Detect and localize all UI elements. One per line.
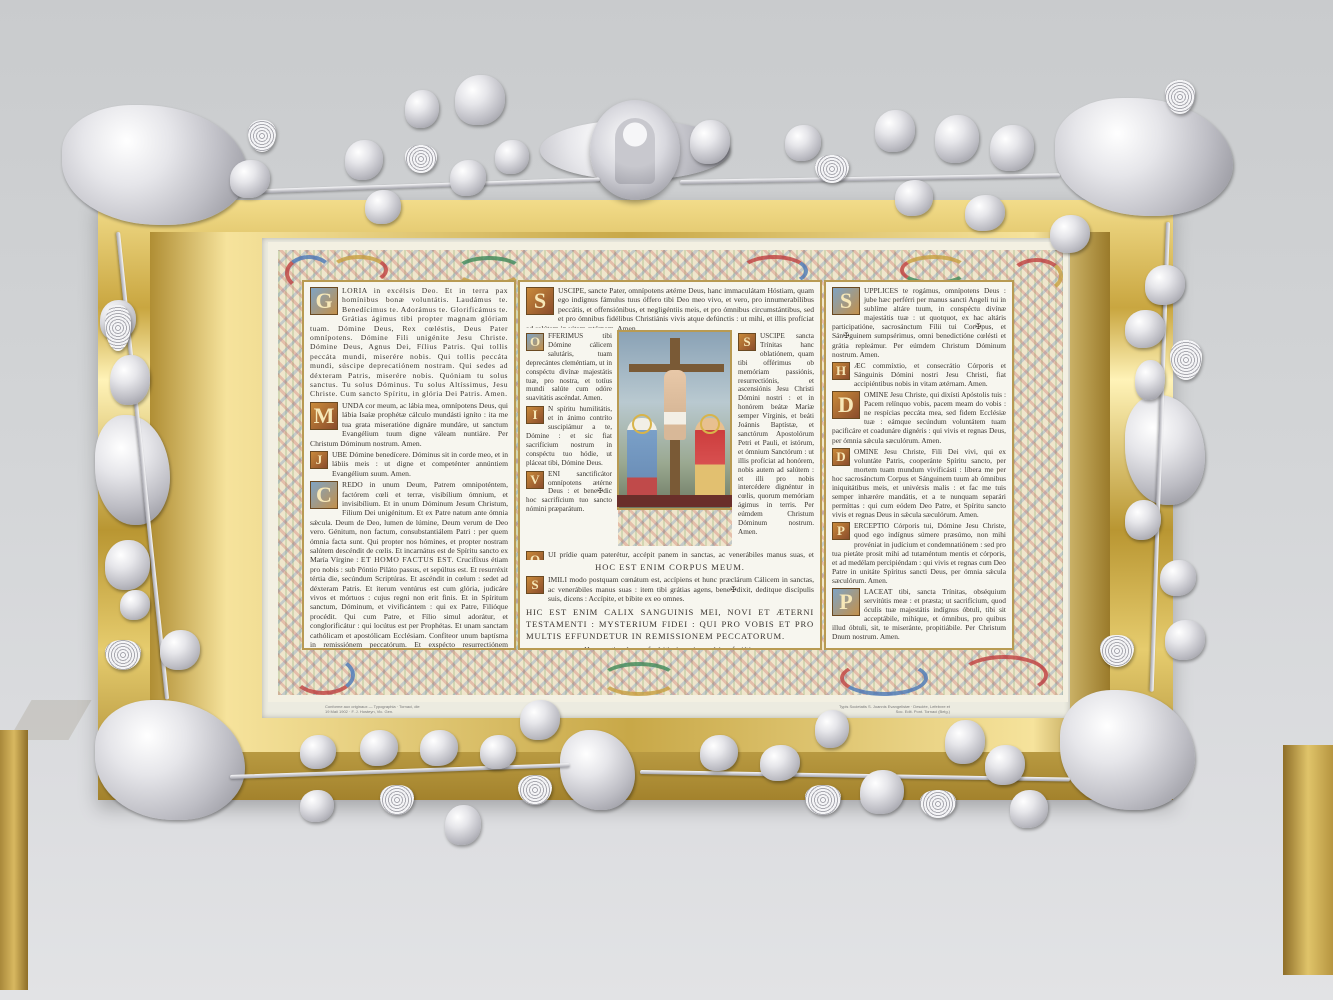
vine-leaf bbox=[480, 735, 516, 769]
center-left-prayers: OFFERIMUS tibi Dómine cálicem salutáris,… bbox=[518, 328, 618, 548]
vine-leaf bbox=[985, 745, 1025, 785]
right-column-prayers: SUPPLICES te rogámus, omnípotens Deus : … bbox=[824, 280, 1014, 650]
vine-leaf bbox=[455, 75, 505, 125]
prayer-in-spiritu: IN spíritu humilitátis, et in ánimo cont… bbox=[526, 405, 612, 467]
illuminated-initial: H bbox=[832, 362, 850, 380]
prayer-jube: JUBE Dómine benedícere. Dóminus sit in c… bbox=[310, 450, 508, 478]
vine-leaf bbox=[300, 790, 334, 822]
prayer-munda-cor: MUNDA cor meum, ac lábia mea, omnípotens… bbox=[310, 401, 508, 448]
vine-leaf bbox=[1160, 560, 1196, 596]
vine-leaf bbox=[935, 115, 979, 163]
prayer-simili: SIMILI modo postquam cœnátum est, accípi… bbox=[526, 575, 814, 603]
vine-leaf bbox=[110, 355, 150, 405]
vine-leaf bbox=[1135, 360, 1165, 400]
vine-leaf bbox=[450, 160, 486, 196]
vine-leaf bbox=[230, 160, 270, 198]
prayer-veni: VENI sanctificátor omnípotens ætérne Deu… bbox=[526, 470, 612, 515]
vine-leaf bbox=[700, 735, 738, 771]
center-suscipe-pater: SUSCIPE, sancte Pater, omnípotens ætérne… bbox=[518, 280, 822, 330]
adjacent-frame-left bbox=[0, 730, 28, 990]
flourish-ornament bbox=[960, 655, 1048, 695]
vine-leaf bbox=[785, 125, 821, 161]
vine-leaf bbox=[690, 120, 730, 164]
prayer-domine-fili: DOMINE Jesu Christe, Fili Dei vivi, qui … bbox=[832, 447, 1006, 520]
left-column-prayers: GLORIA in excélsis Deo. Et in terra pax … bbox=[302, 280, 516, 650]
center-consecration-words: HOC EST ENIM CORPUS MEUM. SIMILI modo po… bbox=[518, 560, 822, 650]
vine-leaf bbox=[1145, 265, 1185, 305]
illuminated-initial: S bbox=[526, 287, 554, 315]
flourish-ornament bbox=[600, 662, 678, 696]
adjacent-frame-right bbox=[1283, 745, 1333, 975]
printer-note-left: Conforme aux originaux — Typographia · T… bbox=[325, 704, 425, 714]
prayer-credo: CREDO in unum Deum, Patrem omnipoténtem,… bbox=[310, 480, 508, 650]
crucifixion-picture bbox=[617, 330, 732, 510]
center-right-prayers: SUSCIPE sancta Trínitas hanc oblatiónem,… bbox=[732, 328, 822, 548]
halo-icon bbox=[632, 414, 652, 434]
christ-figure bbox=[664, 370, 686, 440]
picture-caption-band bbox=[617, 495, 732, 507]
haec-quotiescumque: Hæc quotiescúmque fecéritis, in mei memó… bbox=[526, 645, 814, 650]
vine-leaf bbox=[1165, 620, 1205, 660]
illuminated-initial: S bbox=[526, 576, 544, 594]
illuminated-initial: C bbox=[310, 481, 338, 509]
vine-leaf bbox=[405, 90, 439, 128]
prayer-haec-commixtio: HÆC commíxtio, et consecrátio Córporis e… bbox=[832, 361, 1006, 388]
halo-icon bbox=[700, 414, 720, 434]
vine-leaf bbox=[875, 110, 915, 152]
vine-leaf bbox=[965, 195, 1005, 231]
vine-leaf bbox=[120, 590, 150, 620]
prayer-offerimus: OFFERIMUS tibi Dómine cálicem salutáris,… bbox=[526, 332, 612, 403]
illuminated-initial: J bbox=[310, 451, 328, 469]
vine-leaf bbox=[445, 805, 481, 845]
prayer-domine-pacem: DOMINE Jesu Christe, qui dixísti Apóstol… bbox=[832, 390, 1006, 445]
praying-figure-relief bbox=[615, 118, 655, 184]
prayer-placeat: PLACEAT tibi, sancta Trínitas, obséquium… bbox=[832, 587, 1006, 642]
illuminated-initial: S bbox=[832, 287, 860, 315]
vine-leaf bbox=[360, 730, 398, 766]
illuminated-initial: S bbox=[738, 333, 756, 351]
prayer-gloria: GLORIA in excélsis Deo. Et in terra pax … bbox=[310, 286, 508, 399]
vine-leaf bbox=[160, 630, 200, 670]
vine-leaf bbox=[365, 190, 401, 224]
vine-leaf bbox=[300, 735, 336, 769]
vine-leaf bbox=[860, 770, 904, 814]
consecration-chalice: HIC EST ENIM CALIX SANGUINIS MEI, NOVI E… bbox=[526, 606, 814, 642]
illuminated-initial: P bbox=[832, 522, 850, 540]
prayer-perceptio: PERCEPTIO Córporis tui, Dómine Jesu Chri… bbox=[832, 521, 1006, 585]
prayer-suscipe-trinitas: SUSCIPE sancta Trínitas hanc oblatiónem,… bbox=[738, 332, 814, 537]
flourish-ornament bbox=[840, 660, 928, 696]
vine-leaf bbox=[760, 745, 800, 781]
illuminated-initial: V bbox=[526, 471, 544, 489]
vine-leaf bbox=[105, 540, 150, 590]
vine-leaf bbox=[1125, 310, 1165, 348]
vine-leaf bbox=[990, 125, 1034, 171]
vine-leaf bbox=[1125, 500, 1161, 540]
prayer-supplices: SUPPLICES te rogámus, omnípotens Deus : … bbox=[832, 286, 1006, 359]
vine-leaf bbox=[1050, 215, 1090, 253]
vine-leaf bbox=[1010, 790, 1048, 828]
vine-leaf bbox=[495, 140, 529, 174]
illuminated-initial: D bbox=[832, 391, 860, 419]
flourish-ornament bbox=[292, 655, 355, 695]
flourish-ornament bbox=[1010, 258, 1063, 294]
printer-note-right: Typis Societatis S. Joannis Evangelistæ … bbox=[830, 704, 950, 714]
illuminated-initial: G bbox=[310, 287, 338, 315]
illuminated-initial: P bbox=[832, 588, 860, 616]
consecration-host: HOC EST ENIM CORPUS MEUM. bbox=[526, 563, 814, 572]
illuminated-initial: D bbox=[832, 448, 850, 466]
vine-leaf bbox=[520, 700, 560, 740]
vine-leaf bbox=[420, 730, 458, 766]
illuminated-initial: M bbox=[310, 402, 338, 430]
vine-leaf bbox=[815, 710, 849, 748]
vine-leaf bbox=[945, 720, 985, 764]
illuminated-initial: O bbox=[526, 333, 544, 351]
illuminated-initial: I bbox=[526, 406, 544, 424]
vine-leaf bbox=[895, 180, 933, 216]
vine-leaf bbox=[345, 140, 383, 180]
